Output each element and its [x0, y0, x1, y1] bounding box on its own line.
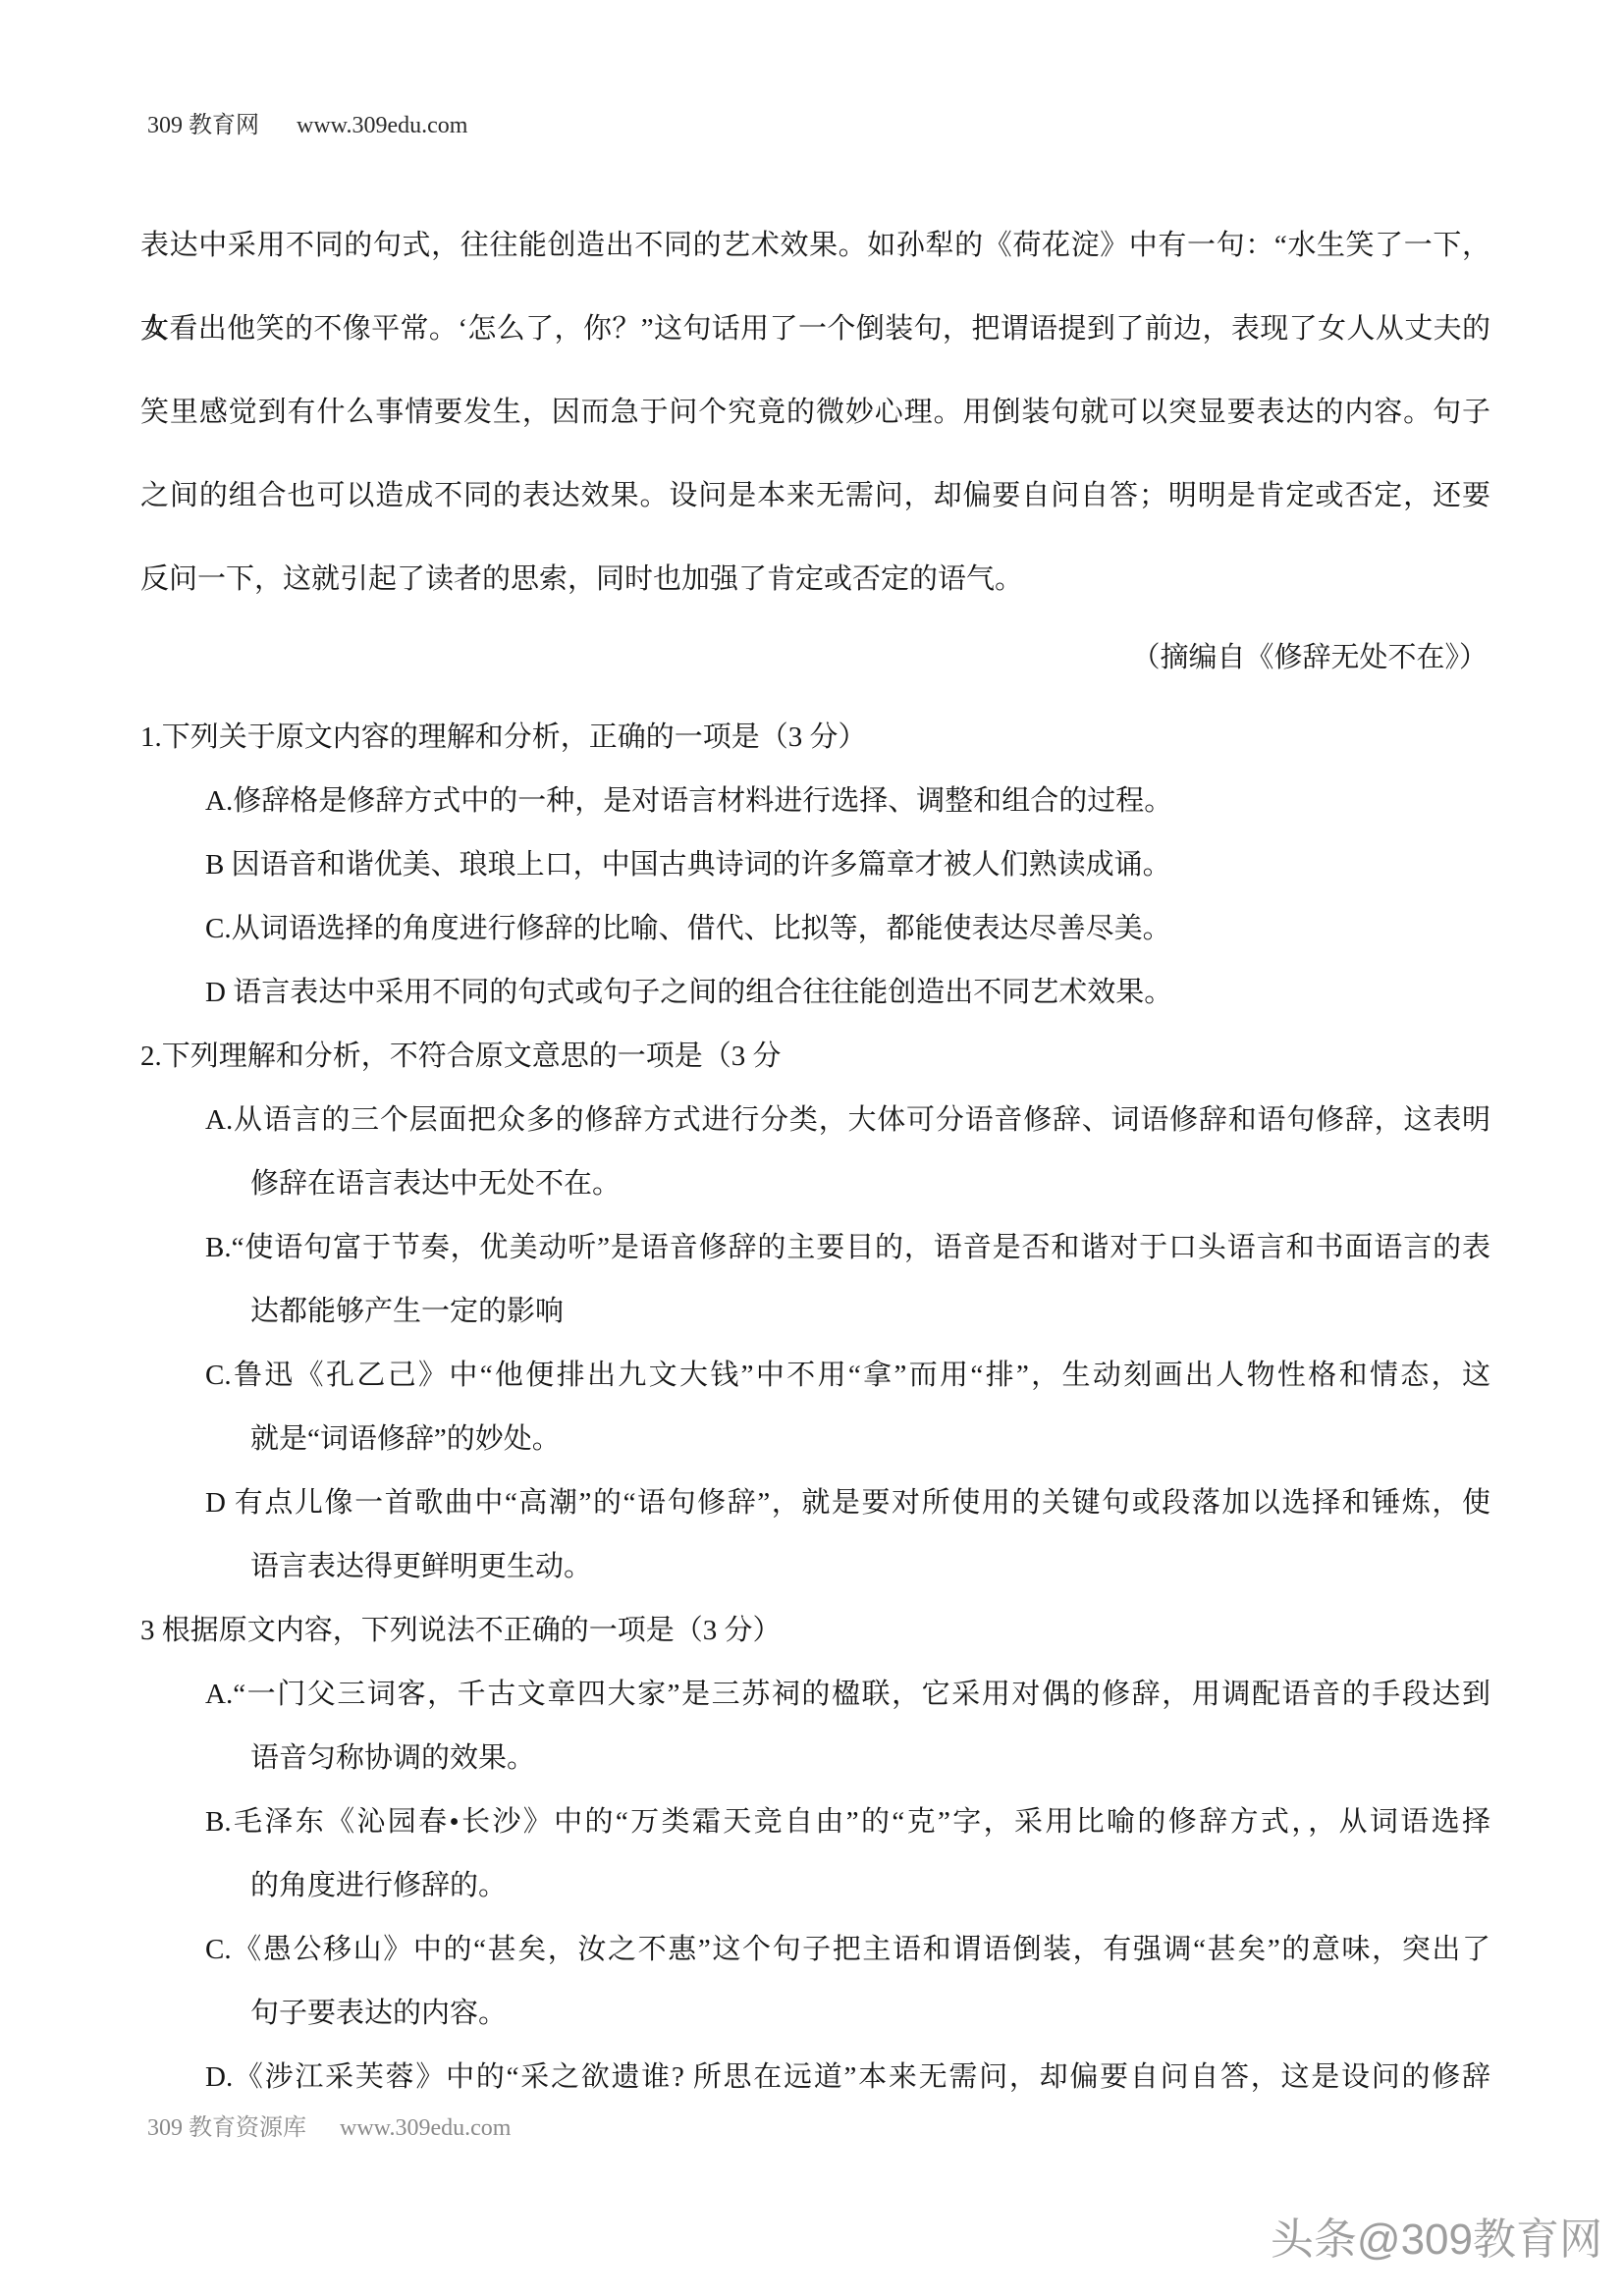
- passage-line: 反问一下，这就引起了读者的思索，同时也加强了肯定或否定的语气。: [140, 538, 1490, 621]
- question-3-option-c-cont: 句子要表达的内容。: [140, 1982, 1490, 2046]
- question-2-option-d-cont: 语言表达得更鲜明更生动。: [140, 1535, 1490, 1599]
- question-2-option-a-cont: 修辞在语言表达中无处不在。: [140, 1152, 1490, 1216]
- passage-line: 表达中采用不同的句式，往往能创造出不同的艺术效果。如孙犁的《荷花淀》中有一句：“…: [140, 204, 1490, 288]
- question-2-option-c-cont: 就是“词语修辞”的妙处。: [140, 1408, 1490, 1471]
- question-1-stem: 1.下列关于原文内容的理解和分析，正确的一项是（3 分）: [140, 706, 1490, 770]
- page-footer: 309 教育资源库www.309edu.com: [147, 2112, 511, 2144]
- footer-site-url: www.309edu.com: [340, 2115, 511, 2141]
- question-2-option-b: B.“使语句富于节奏，优美动听”是语音修辞的主要目的，语音是否和谐对于口头语言和…: [140, 1216, 1490, 1280]
- question-2: 2.下列理解和分析，不符合原文意思的一项是（3 分 A.从语言的三个层面把众多的…: [140, 1025, 1490, 1599]
- questions-section: 1.下列关于原文内容的理解和分析，正确的一项是（3 分） A.修辞格是修辞方式中…: [140, 706, 1490, 2109]
- passage-line: 人看出他笑的不像平常。‘怎么了，你？”这句话用了一个倒装句，把谓语提到了前边，表…: [140, 288, 1490, 371]
- question-3-option-b: B.毛泽东《沁园春•长沙》中的“万类霜天竞自由”的“克”字，采用比喻的修辞方式，…: [140, 1790, 1490, 1854]
- question-3-option-d: D.《涉江采芙蓉》中的“采之欲遗谁? 所思在远道”本来无需问，却偏要自问自答，这…: [140, 2046, 1490, 2109]
- question-2-option-a: A.从语言的三个层面把众多的修辞方式进行分类，大体可分语音修辞、词语修辞和语句修…: [140, 1089, 1490, 1152]
- question-1: 1.下列关于原文内容的理解和分析，正确的一项是（3 分） A.修辞格是修辞方式中…: [140, 706, 1490, 1025]
- header-site-url: www.309edu.com: [297, 113, 467, 138]
- question-2-option-b-cont: 达都能够产生一定的影响: [140, 1280, 1490, 1344]
- passage-line: 之间的组合也可以造成不同的表达效果。设问是本来无需问，却偏要自问自答；明明是肯定…: [140, 454, 1490, 538]
- question-1-option-a: A.修辞格是修辞方式中的一种，是对语言材料进行选择、调整和组合的过程。: [140, 770, 1490, 833]
- footer-site-name: 309 教育资源库: [147, 2115, 306, 2141]
- question-1-option-c: C.从词语选择的角度进行修辞的比喻、借代、比拟等，都能使表达尽善尽美。: [140, 897, 1490, 961]
- question-1-option-b: B 因语音和谐优美、琅琅上口，中国古典诗词的许多篇章才被人们熟读成诵。: [140, 833, 1490, 897]
- passage-attribution: （摘编自《修辞无处不在》）: [140, 623, 1488, 692]
- question-2-option-c: C.鲁迅《孔乙己》中“他便排出九文大钱”中不用“拿”而用“排”，生动刻画出人物性…: [140, 1344, 1490, 1408]
- watermark: 头条@309教育网: [1271, 2211, 1602, 2269]
- question-3-option-a-cont: 语音匀称协调的效果。: [140, 1727, 1490, 1790]
- question-3: 3 根据原文内容，下列说法不正确的一项是（3 分） A.“一门父三词客，千古文章…: [140, 1599, 1490, 2109]
- passage: 表达中采用不同的句式，往往能创造出不同的艺术效果。如孙犁的《荷花淀》中有一句：“…: [140, 204, 1490, 621]
- question-2-option-d: D 有点儿像一首歌曲中“高潮”的“语句修辞”，就是要对所使用的关键句或段落加以选…: [140, 1471, 1490, 1535]
- question-3-stem: 3 根据原文内容，下列说法不正确的一项是（3 分）: [140, 1599, 1490, 1663]
- question-3-option-b-cont: 的角度进行修辞的。: [140, 1854, 1490, 1918]
- header-site-name: 309 教育网: [147, 113, 259, 138]
- page-header: 309 教育网www.309edu.com: [147, 110, 467, 141]
- question-1-option-d: D 语言表达中采用不同的句式或句子之间的组合往往能创造出不同艺术效果。: [140, 961, 1490, 1025]
- question-3-option-a: A.“一门父三词客，千古文章四大家”是三苏祠的楹联，它采用对偶的修辞，用调配语音…: [140, 1663, 1490, 1727]
- question-3-option-c: C.《愚公移山》中的“甚矣，汝之不惠”这个句子把主语和谓语倒装，有强调“甚矣”的…: [140, 1918, 1490, 1982]
- question-2-stem: 2.下列理解和分析，不符合原文意思的一项是（3 分: [140, 1025, 1490, 1089]
- passage-line: 笑里感觉到有什么事情要发生，因而急于问个究竟的微妙心理。用倒装句就可以突显要表达…: [140, 371, 1490, 454]
